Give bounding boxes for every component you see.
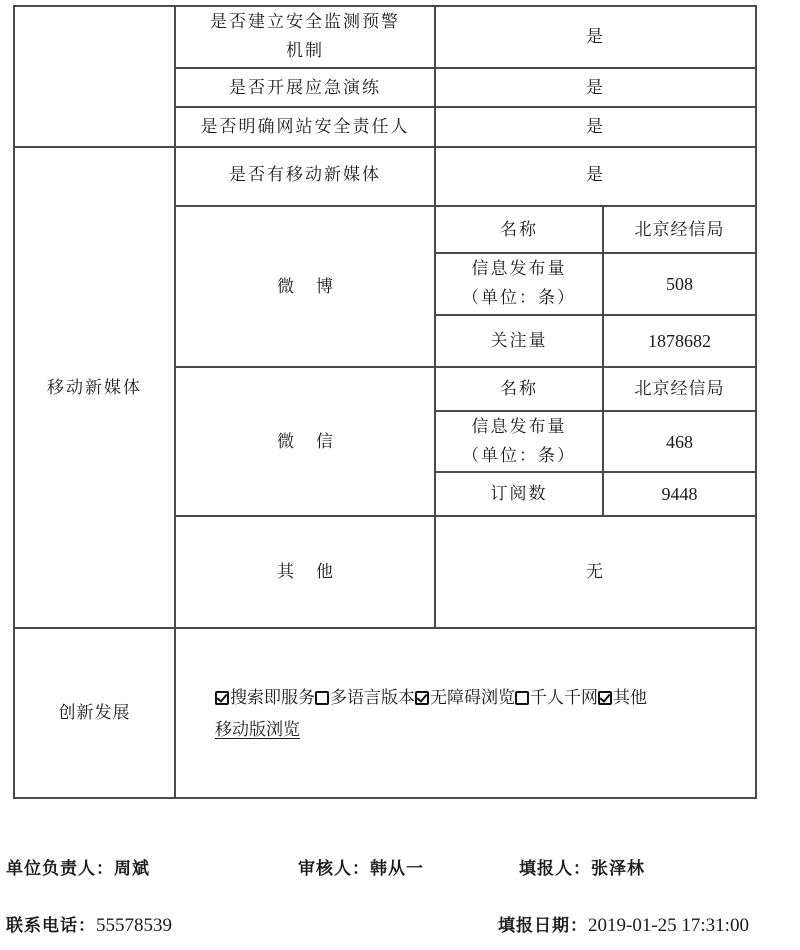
answer-security-responsible: 是 — [436, 108, 755, 146]
posts-label-line1: 信息发布量 — [472, 413, 567, 442]
contact-phone: 联系电话：55578539 — [6, 911, 172, 937]
option-label: 无障碍浏览 — [430, 688, 515, 708]
wechat-label: 微信 — [176, 368, 434, 515]
weibo-followers-value: 1878682 — [604, 316, 755, 366]
weibo-followers-label: 关注量 — [436, 316, 602, 366]
question-has-mobile-media: 是否有移动新媒体 — [176, 148, 434, 205]
answer-has-mobile-media: 是 — [436, 148, 755, 205]
posts-label-line2: （单位：条） — [462, 442, 576, 471]
option-multilingual[interactable]: 多语言版本 — [315, 688, 415, 708]
option-accessibility[interactable]: 无障碍浏览 — [415, 688, 515, 708]
checkbox-checked-icon[interactable] — [598, 691, 612, 705]
weibo-label-text: 微博 — [277, 272, 355, 302]
posts-label-line1: 信息发布量 — [472, 255, 567, 284]
other-media-label-text: 其他 — [277, 557, 355, 587]
question-monitoring-warning: 是否建立安全监测预警 机制 — [176, 7, 434, 67]
wechat-subscribers-value: 9448 — [604, 473, 755, 515]
option-search-as-service[interactable]: 搜索即服务 — [215, 688, 315, 708]
innovation-options: 搜索即服务多语言版本无障碍浏览千人千网其他 移动版浏览 — [215, 682, 755, 746]
weibo-name-label: 名称 — [436, 207, 602, 252]
option-label: 多语言版本 — [330, 688, 415, 708]
question-security-responsible: 是否明确网站安全责任人 — [176, 108, 434, 146]
filler-label: 填报人： — [519, 859, 591, 879]
checkbox-checked-icon[interactable] — [415, 691, 429, 705]
date-label: 填报日期： — [498, 916, 588, 936]
wechat-label-text: 微信 — [277, 427, 355, 457]
section-label-mobile-media: 移动新媒体 — [15, 148, 174, 627]
wechat-posts-value: 468 — [604, 412, 755, 471]
table-border-right — [755, 5, 757, 799]
option-label: 搜索即服务 — [230, 688, 315, 708]
section-label-innovation: 创新发展 — [15, 629, 174, 797]
checkbox-checked-icon[interactable] — [215, 691, 229, 705]
unit-head-label: 单位负责人： — [6, 859, 114, 879]
question-text-line1: 是否建立安全监测预警 — [210, 8, 400, 37]
weibo-posts-label: 信息发布量 （单位：条） — [436, 254, 602, 314]
other-media-label: 其他 — [176, 517, 434, 627]
wechat-name-label: 名称 — [436, 368, 602, 410]
option-personalized[interactable]: 千人千网 — [515, 688, 598, 708]
reviewer: 审核人：韩从一 — [298, 854, 424, 879]
table-border-bottom — [14, 797, 757, 799]
reviewer-label: 审核人： — [298, 859, 370, 879]
posts-label-line2: （单位：条） — [462, 284, 576, 313]
wechat-posts-label: 信息发布量 （单位：条） — [436, 412, 602, 471]
date-value: 2019-01-25 17:31:00 — [588, 915, 749, 936]
reviewer-value: 韩从一 — [370, 859, 424, 879]
wechat-name-value: 北京经信局 — [604, 368, 755, 410]
other-innovation-text: 移动版浏览 — [215, 720, 300, 740]
fill-date: 填报日期：2019-01-25 17:31:00 — [498, 911, 749, 937]
phone-value: 55578539 — [96, 915, 172, 936]
phone-label: 联系电话： — [6, 916, 96, 936]
filler: 填报人：张泽林 — [519, 854, 645, 879]
weibo-name-value: 北京经信局 — [604, 207, 755, 252]
weibo-posts-value: 508 — [604, 254, 755, 314]
question-text-line2: 机制 — [286, 37, 324, 66]
filler-value: 张泽林 — [591, 859, 645, 879]
answer-emergency-drill: 是 — [436, 69, 755, 106]
option-label: 千人千网 — [530, 688, 598, 708]
checkbox-unchecked-icon[interactable] — [315, 691, 329, 705]
wechat-subscribers-label: 订阅数 — [436, 473, 602, 515]
other-media-value: 无 — [436, 517, 755, 627]
option-other[interactable]: 其他 — [598, 688, 647, 708]
checkbox-unchecked-icon[interactable] — [515, 691, 529, 705]
answer-monitoring-warning: 是 — [436, 7, 755, 67]
option-label: 其他 — [613, 688, 647, 708]
weibo-label: 微博 — [176, 207, 434, 366]
unit-head: 单位负责人：周斌 — [6, 854, 150, 879]
question-emergency-drill: 是否开展应急演练 — [176, 69, 434, 106]
unit-head-value: 周斌 — [114, 859, 150, 879]
